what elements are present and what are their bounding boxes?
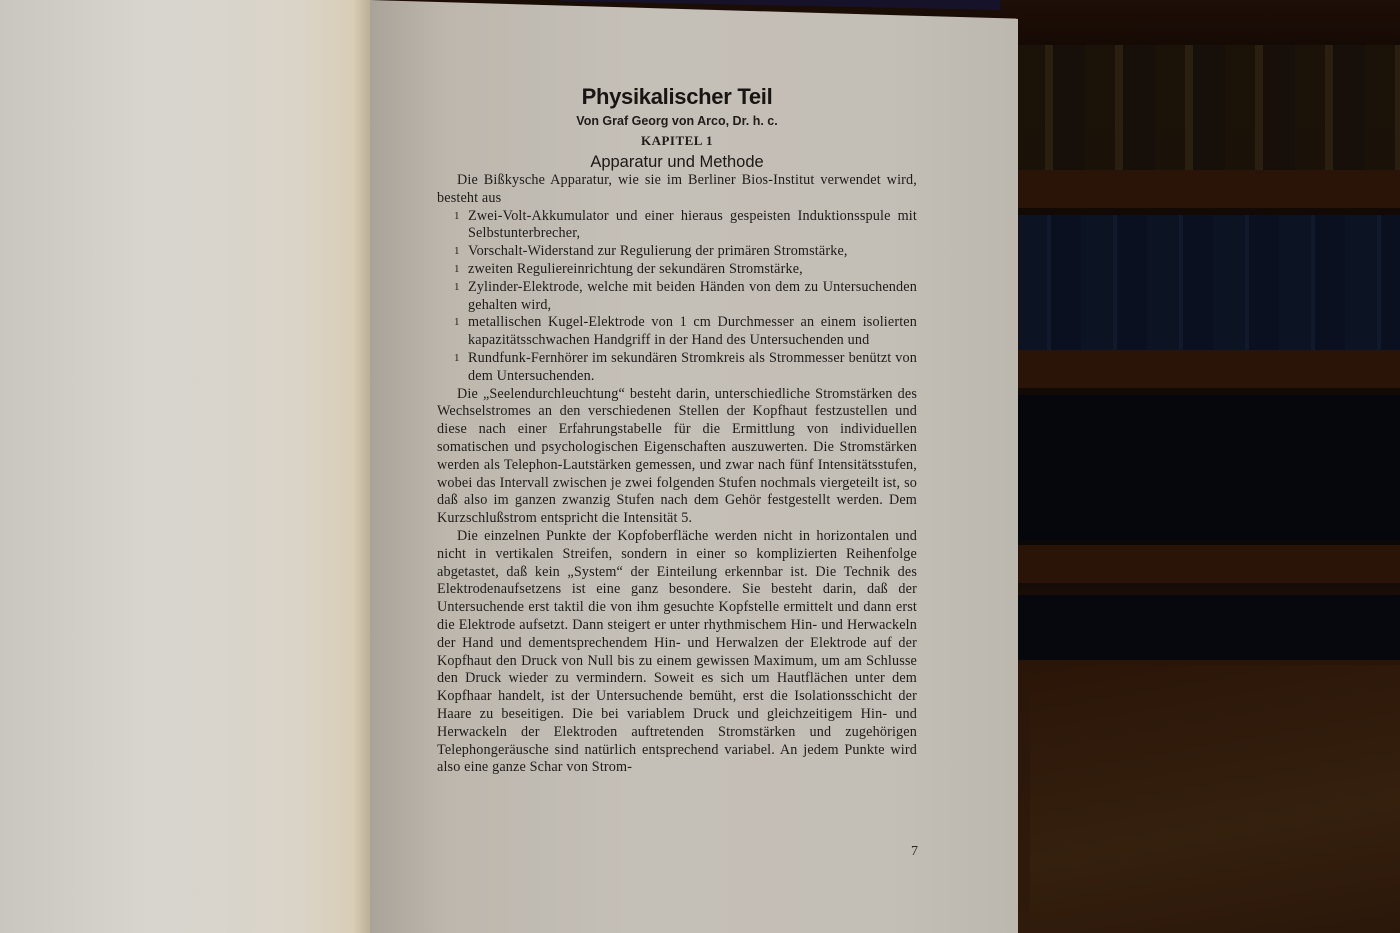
item-count: 1 bbox=[454, 279, 460, 297]
page-number: 7 bbox=[911, 844, 918, 860]
apparatus-list: 1Zwei-Volt-Akkumulator und einer hieraus… bbox=[437, 208, 917, 386]
bookshelf-row-bottom bbox=[1015, 595, 1400, 660]
list-item: 1zweiten Reguliereinrichtung der sekundä… bbox=[437, 261, 917, 279]
item-text: Rundfunk-Fernhörer im sekundären Stromkr… bbox=[468, 350, 917, 384]
list-item: 1Vorschalt-Widerstand zur Regulierung de… bbox=[437, 243, 917, 261]
bookshelf-row-middle bbox=[1015, 215, 1400, 350]
wooden-table bbox=[1030, 665, 1400, 933]
shelf-board bbox=[1015, 545, 1400, 583]
body-paragraph: Die einzelnen Punkte der Kopfoberfläche … bbox=[437, 528, 917, 777]
shelf-board bbox=[1015, 170, 1400, 208]
list-item: 1metallischen Kugel-Elektrode von 1 cm D… bbox=[437, 314, 917, 350]
body-paragraph: Die „Seelendurchleuchtung“ besteht darin… bbox=[437, 386, 917, 528]
left-blank-page bbox=[0, 0, 372, 933]
page-content: Physikalischer Teil Von Graf Georg von A… bbox=[437, 84, 917, 777]
shelf-board bbox=[1015, 350, 1400, 388]
intro-paragraph: Die Bißkysche Apparatur, wie sie im Berl… bbox=[437, 172, 917, 208]
item-text: zweiten Reguliereinrichtung der sekundär… bbox=[468, 261, 803, 277]
page-title: Physikalischer Teil bbox=[437, 84, 917, 110]
item-count: 1 bbox=[454, 314, 460, 332]
list-item: 1Zylinder-Elektrode, welche mit beiden H… bbox=[437, 279, 917, 315]
list-item: 1Zwei-Volt-Akkumulator und einer hieraus… bbox=[437, 208, 917, 244]
item-count: 1 bbox=[454, 350, 460, 368]
section-heading: Apparatur und Methode bbox=[437, 153, 917, 172]
item-count: 1 bbox=[454, 208, 460, 226]
item-count: 1 bbox=[454, 243, 460, 261]
item-text: Vorschalt-Widerstand zur Regulierung der… bbox=[468, 243, 848, 259]
chapter-heading: KAPITEL 1 bbox=[437, 133, 917, 149]
bookshelf-row-top bbox=[1015, 45, 1400, 170]
item-text: metallischen Kugel-Elektrode von 1 cm Du… bbox=[468, 314, 917, 348]
list-item: 1Rundfunk-Fernhörer im sekundären Stromk… bbox=[437, 350, 917, 386]
author-line: Von Graf Georg von Arco, Dr. h. c. bbox=[437, 114, 917, 128]
item-text: Zylinder-Elektrode, welche mit beiden Hä… bbox=[468, 279, 917, 313]
bookshelf-row-lower bbox=[1015, 395, 1400, 540]
item-text: Zwei-Volt-Akkumulator und einer hieraus … bbox=[468, 208, 917, 242]
item-count: 1 bbox=[454, 261, 460, 279]
